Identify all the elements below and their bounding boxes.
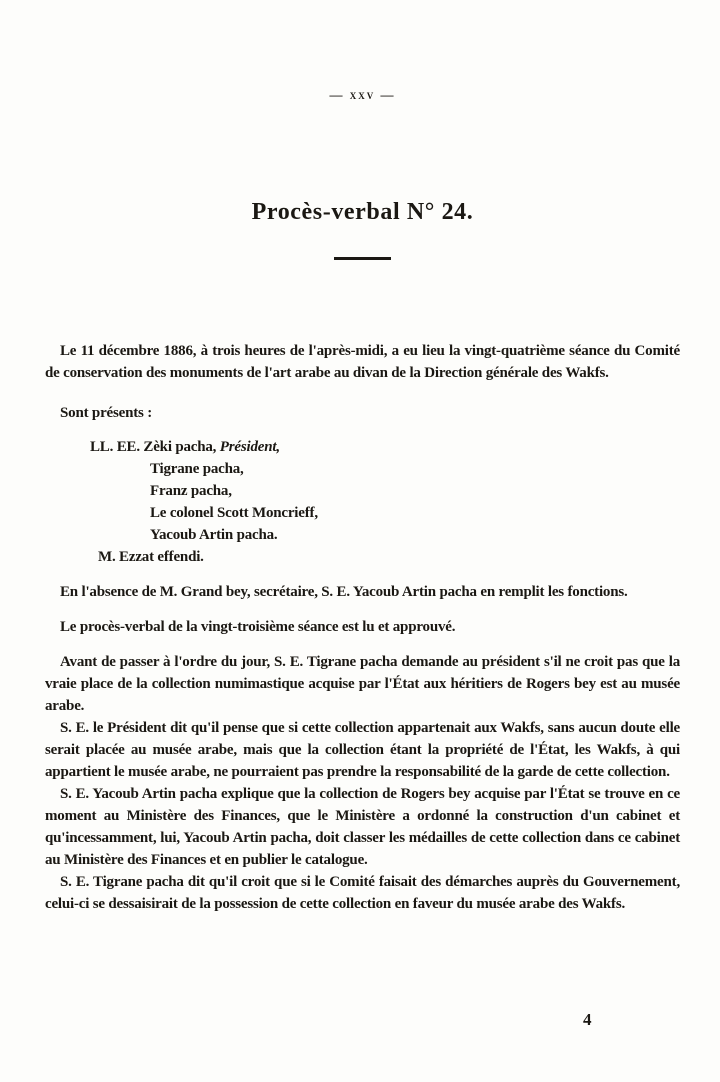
attendee-leader-name: LL. EE. Zèki pacha, <box>90 439 220 455</box>
attendee-last: M. Ezzat effendi. <box>98 546 680 568</box>
attendee-member: Tigrane pacha, <box>150 458 680 480</box>
paragraph-president-reply: S. E. le Président dit qu'il pense que s… <box>45 717 680 783</box>
attendee-leader: LL. EE. Zèki pacha, Président, <box>90 436 680 458</box>
paragraph-tigrane-conclusion: S. E. Tigrane pacha dit qu'il croit que … <box>45 871 680 915</box>
paragraph-artin-explanation: S. E. Yacoub Artin pacha explique que la… <box>45 783 680 871</box>
attendee-member: Franz pacha, <box>150 480 680 502</box>
present-label: Sont présents : <box>45 402 680 424</box>
folio-number: — xxv — <box>45 88 680 102</box>
document-title: Procès-verbal N° 24. <box>45 198 680 226</box>
attendee-member: Yacoub Artin pacha. <box>150 524 680 546</box>
paragraph-opening: Le 11 décembre 1886, à trois heures de l… <box>45 340 680 384</box>
attendee-list: LL. EE. Zèki pacha, Président, Tigrane p… <box>45 436 680 568</box>
title-rule <box>334 257 391 260</box>
paragraph-approval: Le procès-verbal de la vingt-troisième s… <box>45 616 680 638</box>
paragraph-absence: En l'absence de M. Grand bey, secrétaire… <box>45 581 680 603</box>
attendee-member: Le colonel Scott Moncrieff, <box>150 502 680 524</box>
page-number: 4 <box>583 1010 592 1030</box>
paragraph-tigrane-question: Avant de passer à l'ordre du jour, S. E.… <box>45 651 680 717</box>
attendee-leader-role: Président, <box>220 439 280 455</box>
document-page: — xxv — Procès-verbal N° 24. Le 11 décem… <box>0 0 720 1082</box>
